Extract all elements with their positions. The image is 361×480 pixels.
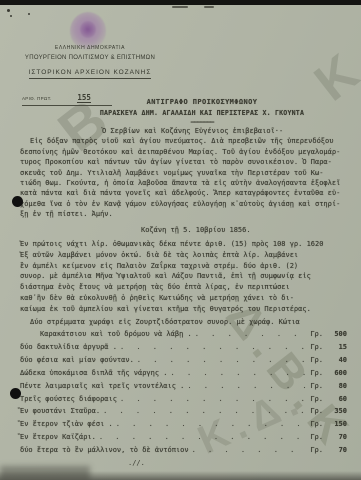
dowry-items: δύο δακτυλίδια ἀργυρᾶ . Γρ. 15 δύο φέσια… [20, 341, 347, 457]
text-line: καίωμα ἐκ τοῦ ἀμπελίου καὶ γίνεται κτῆμα… [20, 304, 355, 315]
currency-label: Γρ. [310, 341, 323, 354]
list-intro-line: Δύο στρέμματα χωράφι εἰς Ζουρτζιδόστρατο… [20, 317, 347, 328]
dot-leader [171, 367, 308, 380]
list-row: Τρεῖς φούστες διάφοραις Γρ. 60 [20, 393, 347, 406]
item-value: 70 [323, 431, 347, 444]
scanned-archive-document: Β Κ Δ.Β.Κ Κ.Δ. ΕΛΛΗΝΙΚΗ ΔΗΜΟΚΡΑΤΙΑ ΥΠΟΥΡ… [0, 0, 361, 480]
item-label: Ἓν ἕτερον Καϊζάρι. [20, 431, 96, 444]
protocol-label: ΑΡΙΘ. ΠΡΩΤ. [22, 96, 52, 101]
dot-leader [99, 431, 307, 444]
item-label: δύο φέσια καὶ μίαν φούνταν. [20, 354, 134, 367]
text-line: Ἐξ αὐτῶν λαμβάνει μόνον ὀκτώ. διὰ δὲ τὰς… [20, 250, 355, 261]
item-label: Πέντε λαιμαριαῖς καὶ τρεῖς ντοντέλαις . [20, 380, 184, 393]
scan-speck [10, 15, 12, 17]
end-mark: .//. [128, 459, 145, 467]
scan-speck [7, 9, 10, 12]
letterhead: ΕΛΛΗΝΙΚΗ ΔΗΜΟΚΡΑΤΙΑ ΥΠΟΥΡΓΕΙΟΝ ΠΟΛΙΤΙΣΜΟ… [2, 45, 178, 79]
punch-hole [10, 388, 21, 399]
currency-label: Γρ. [310, 367, 323, 380]
scan-mark [172, 6, 188, 8]
dot-leader [103, 405, 307, 418]
title-underline: ——————— [52, 118, 352, 126]
text-line: διάστημα ἑνὸς ἔτους νὰ μετρήσῃ τὰς δύο ἑ… [20, 282, 355, 293]
list-row: Ἓν ἕτερον Καϊζάρι. Γρ. 70 [20, 431, 347, 444]
letterhead-republic: ΕΛΛΗΝΙΚΗ ΔΗΜΟΚΡΑΤΙΑ [2, 45, 178, 51]
list-row: δύο φέσια καὶ μίαν φούνταν. Γρ. 40 [20, 354, 347, 367]
text-line: δεσποίνης ἡμῶν Θεοτόκου καὶ ἀειπαρθένου … [20, 147, 355, 157]
dot-leader [120, 393, 307, 406]
item-label: Καρακάτσιου καὶ τοῦ δρόμου νὰ λάβῃ . [20, 328, 192, 341]
dot-leader [187, 380, 307, 393]
list-row: Ἓν φουστάνι Σταῦρα. Γρ. 350 [20, 405, 347, 418]
document-title: ΑΝΤΙΓΡΑΦΟ ΠΡΟΙΚΟΣΥΜΦΩΝΟΥ ΠΑΡΑΣΚΕΥΑ ΔΗΜ. … [52, 98, 352, 126]
letterhead-archive: ΙΣΤΟΡΙΚΟΝ ΑΡΧΕΙΟΝ ΚΟΖΑΝΗΣ [29, 69, 152, 79]
currency-label: Γρ. [310, 431, 323, 444]
date-line: Κοζάνη τῇ 5. 10βρίου 1856. [141, 226, 251, 234]
item-value: 80 [323, 380, 347, 393]
dot-leader [137, 354, 308, 367]
ink-stamp-center [80, 21, 96, 38]
item-label: δύο ἕτερα τὸ ἓν μάλλινον, τὸ δὲ ἀντόπιον [20, 444, 189, 457]
currency-label: Γρ. [310, 418, 323, 431]
dot-leader [116, 418, 308, 431]
item-value: 600 [323, 367, 347, 380]
opening-line: Ὁ Σερβίων καὶ Κοζάνης Εὐγένιος ἐπιβεβαιο… [20, 126, 355, 136]
scan-top-edge [0, 0, 361, 5]
scan-bottom-edge [0, 471, 361, 480]
item-label: Ἓν ἕτερον τζιὰν φέσι . [20, 418, 113, 431]
item-value: 60 [323, 393, 347, 406]
item-value: 15 [323, 341, 347, 354]
scan-speck [28, 13, 30, 15]
item-label: Τρεῖς φούστες διάφοραις [20, 393, 117, 406]
list-row: δύο δακτυλίδια ἀργυρᾶ . Γρ. 15 [20, 341, 347, 354]
currency-label: Γρ. [310, 354, 323, 367]
text-line: Εἰς δόξαν πατρὸς υἱοῦ καὶ ἁγίου πνεύματο… [20, 136, 355, 146]
list-row: δύο ἕτερα τὸ ἓν μάλλινον, τὸ δὲ ἀντόπιον… [20, 444, 347, 457]
text-line: Ἐν πρώτοις νάχτι λίρ. ὀθωμανικὰς δέκα πέ… [20, 239, 355, 250]
item-label: δύο δακτυλίδια ἀργυρᾶ . [20, 341, 117, 354]
text-line: τυρος Προκοπίου καὶ πάντων τῶν ἁγίων γίν… [20, 157, 355, 167]
text-line: τιώδη Θωμ. Γκούντα, ἡ ὁποία λαβοῦσα ἅπαν… [20, 178, 355, 188]
scan-mark [204, 6, 214, 8]
dowry-list: Δύο στρέμματα χωράφι εἰς Ζουρτζιδόστρατο… [20, 317, 347, 457]
item-value: 500 [323, 328, 347, 341]
item-label: Δώδεκα ὑποκάμισα διπλᾶ τῆς νάργης . [20, 367, 168, 380]
title-line-1: ΑΝΤΙΓΡΑΦΟ ΠΡΟΙΚΟΣΥΜΦΩΝΟΥ [52, 98, 352, 106]
currency-label: Γρ. [310, 328, 323, 341]
text-line: καθ᾽ἣν δὲν θὰ εὐκολυνθῇ ὁ ῥηθεὶς Κωτιώδη… [20, 293, 355, 304]
title-line-2: ΠΑΡΑΣΚΕΥΑ ΔΗΜ. ΑΓΑΛΑΙΔΗ ΚΑΙ ΠΕΡΙΣΤΕΡΑΣ Χ… [52, 109, 352, 117]
item-value: 40 [323, 354, 347, 367]
list-row: Δώδεκα ὑποκάμισα διπλᾶ τῆς νάργης . Γρ. … [20, 367, 347, 380]
list-row: Καρακάτσιου καὶ τοῦ δρόμου νὰ λάβῃ . Γρ.… [20, 328, 347, 341]
dot-leader [192, 444, 308, 457]
item-value: 350 [323, 405, 347, 418]
item-value: 150 [323, 418, 347, 431]
paragraph-blessing: Ὁ Σερβίων καὶ Κοζάνης Εὐγένιος ἐπιβεβαιο… [20, 126, 355, 220]
currency-label: Γρ. [310, 405, 323, 418]
text-line: ξῃ ἐν τῇ πίστει. Ἀμήν. [20, 209, 355, 219]
list-row: Πέντε λαιμαριαῖς καὶ τρεῖς ντοντέλαις . … [20, 380, 347, 393]
text-line: ἓν ἀμπέλι κείμενον εἰς Παλαιὸν Ζαΐρκα τα… [20, 261, 355, 272]
paragraph-1-lines: Εἰς δόξαν πατρὸς υἱοῦ καὶ ἁγίου πνεύματο… [20, 136, 355, 219]
dot-leader [120, 341, 307, 354]
item-label: Ἓν φουστάνι Σταῦρα. [20, 405, 100, 418]
currency-label: Γρ. [310, 380, 323, 393]
item-value: 70 [323, 444, 347, 457]
punch-hole [12, 196, 23, 207]
list-row: Ἓν ἕτερον τζιὰν φέσι . Γρ. 150 [20, 418, 347, 431]
text-line: σκευᾶς τοῦ Δημ. Υτιλιαλῆ λαμβάνει νομίμω… [20, 168, 355, 178]
currency-label: Γρ. [310, 393, 323, 406]
dot-leader [195, 328, 308, 341]
text-line: χόμεθα ἵνα ὁ τὸν ἐν Κανᾷ γάμον εὐλογήσας… [20, 199, 355, 209]
paragraph-dowry-terms: Ἐν πρώτοις νάχτι λίρ. ὀθωμανικὰς δέκα πέ… [20, 239, 355, 315]
text-line: κατὰ πάντα καὶ διὰ πάντα γονεῖς καὶ ἀδελ… [20, 188, 355, 198]
text-line: συνορ. μὲ ἀμπέλια Μῆνα Ὑψιαλτοῦ καὶ Λάζο… [20, 271, 355, 282]
currency-label: Γρ. [310, 444, 323, 457]
